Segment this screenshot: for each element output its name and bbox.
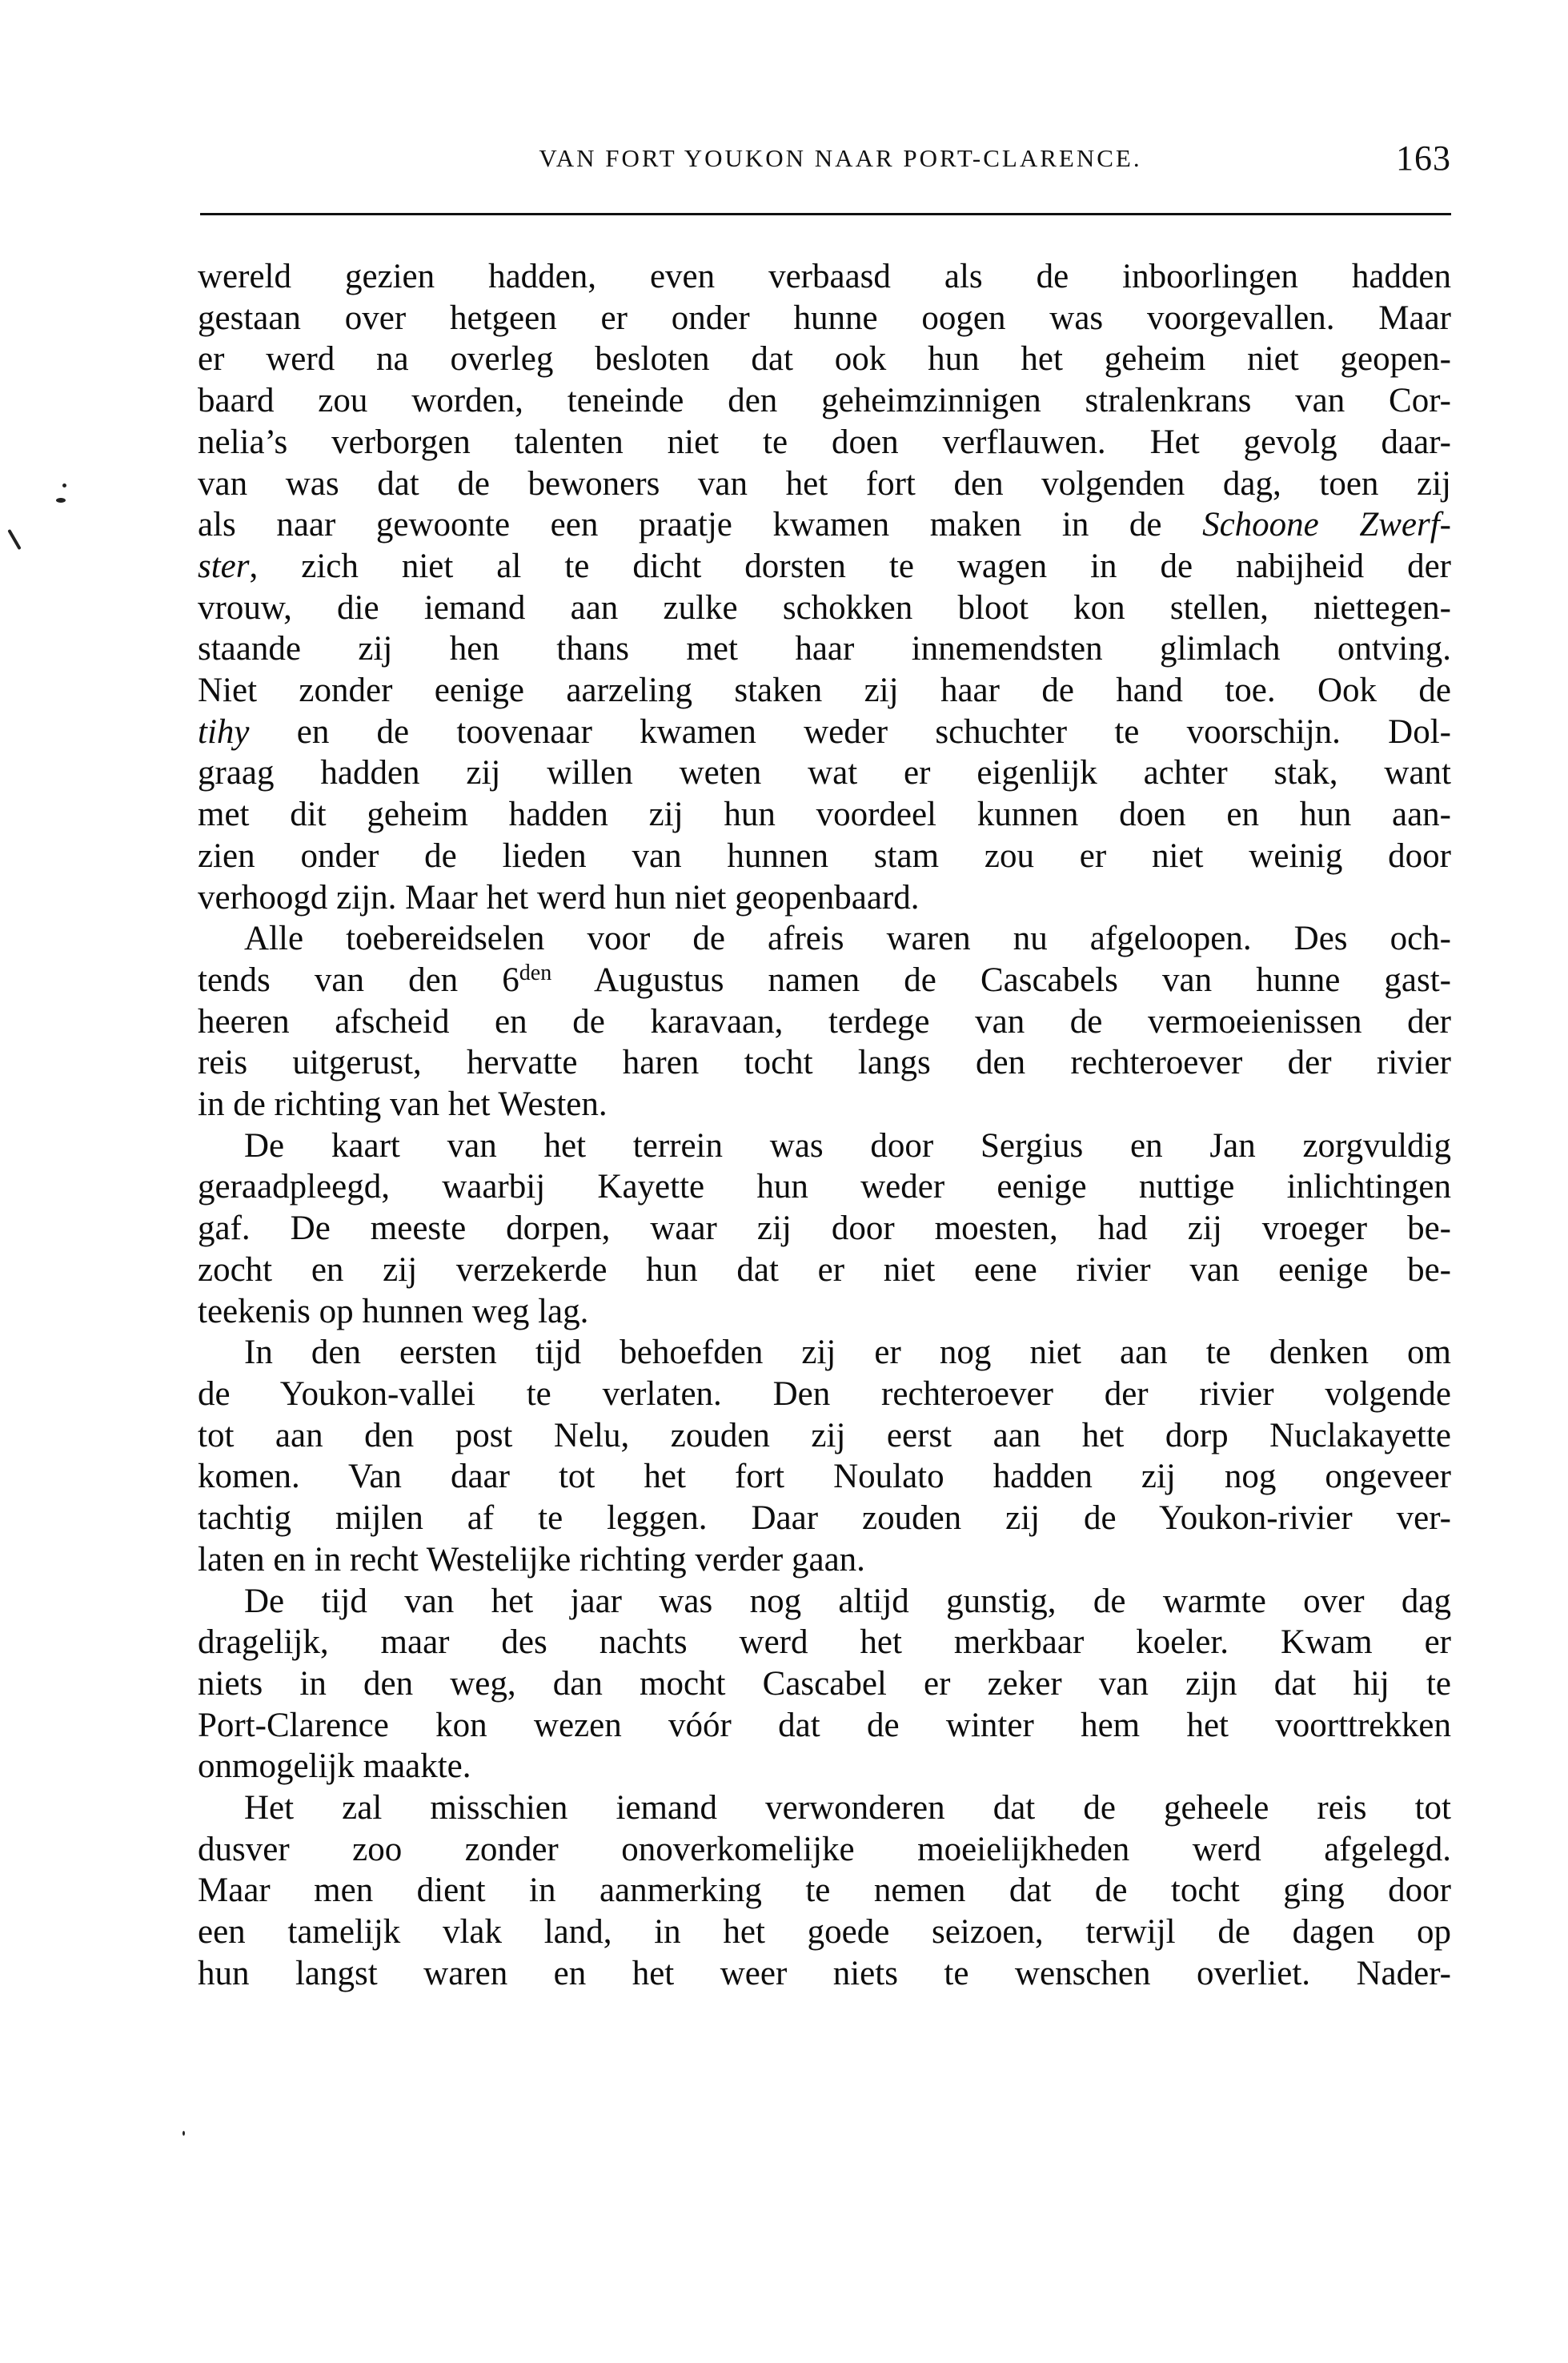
- text-line: In den eersten tijd behoefden zij er nog…: [198, 1332, 1451, 1374]
- text-line: staande zij hen thans met haar innemends…: [198, 628, 1451, 670]
- text-line: verhoogd zijn. Maar het werd hun niet ge…: [198, 877, 1451, 919]
- text-line: teekenis op hunnen weg lag.: [198, 1291, 1451, 1333]
- text-line: nelia’s verborgen talenten niet te doen …: [198, 422, 1451, 463]
- text-line: komen. Van daar tot het fort Noulato had…: [198, 1456, 1451, 1498]
- text-line: de Youkon-vallei te verlaten. Den rechte…: [198, 1374, 1451, 1415]
- body-text: wereld gezien hadden, even verbaasd als …: [198, 256, 1451, 1995]
- text-line: zien onder de lieden van hunnen stam zou…: [198, 836, 1451, 877]
- scan-speck: [7, 529, 21, 550]
- text-line: heeren afscheid en de karavaan, terdege …: [198, 1001, 1451, 1043]
- text-line: geraadpleegd, waarbij Kayette hun weder …: [198, 1166, 1451, 1208]
- running-title: VAN FORT YOUKON NAAR PORT-CLARENCE.: [198, 144, 1451, 173]
- text-line: laten en in recht Westelijke richting ve…: [198, 1539, 1451, 1581]
- text-line: dusver zoo zonder onoverkomelijke moeiel…: [198, 1829, 1451, 1871]
- text-line: zocht en zij verzekerde hun dat er niet …: [198, 1250, 1451, 1291]
- scan-speck: [56, 498, 66, 503]
- text-line: De kaart van het terrein was door Sergiu…: [198, 1125, 1451, 1167]
- scan-speck: [62, 483, 66, 487]
- text-line: met dit geheim hadden zij hun voordeel k…: [198, 794, 1451, 836]
- running-head: VAN FORT YOUKON NAAR PORT-CLARENCE. 163: [198, 138, 1451, 186]
- text-line: tends van den 6den Augustus namen de Cas…: [198, 960, 1451, 1001]
- text-line: Het zal misschien iemand verwonderen dat…: [198, 1787, 1451, 1829]
- paragraph: wereld gezien hadden, even verbaasd als …: [198, 256, 1451, 918]
- text-line: Port-Clarence kon wezen vóór dat de wint…: [198, 1705, 1451, 1747]
- header-rule: [200, 213, 1451, 215]
- paragraph: De tijd van het jaar was nog altijd guns…: [198, 1581, 1451, 1788]
- text-line: reis uitgerust, hervatte haren tocht lan…: [198, 1042, 1451, 1084]
- text-line: ster, zich niet al te dicht dorsten te w…: [198, 546, 1451, 588]
- paragraph: Alle toebereidselen voor de afreis waren…: [198, 918, 1451, 1125]
- text-line: gaf. De meeste dorpen, waar zij door moe…: [198, 1208, 1451, 1250]
- paragraph: In den eersten tijd behoefden zij er nog…: [198, 1332, 1451, 1580]
- text-line: onmogelijk maakte.: [198, 1746, 1451, 1787]
- text-line: gestaan over hetgeen er onder hunne ooge…: [198, 298, 1451, 339]
- book-page: VAN FORT YOUKON NAAR PORT-CLARENCE. 163 …: [0, 0, 1568, 2363]
- page-number: 163: [1396, 138, 1451, 179]
- text-line: in de richting van het Westen.: [198, 1084, 1451, 1125]
- text-line: wereld gezien hadden, even verbaasd als …: [198, 256, 1451, 298]
- text-line: graag hadden zij willen weten wat er eig…: [198, 752, 1451, 794]
- text-line: tot aan den post Nelu, zouden zij eerst …: [198, 1415, 1451, 1457]
- text-line: baard zou worden, teneinde den geheimzin…: [198, 380, 1451, 422]
- text-line: hun langst waren en het weer niets te we…: [198, 1953, 1451, 1995]
- text-line: een tamelijk vlak land, in het goede sei…: [198, 1912, 1451, 1953]
- paragraph: Het zal misschien iemand verwonderen dat…: [198, 1787, 1451, 1995]
- text-line: tihy en de toovenaar kwamen weder schuch…: [198, 712, 1451, 753]
- text-line: Niet zonder eenige aarzeling staken zij …: [198, 670, 1451, 712]
- text-line: tachtig mijlen af te leggen. Daar zouden…: [198, 1498, 1451, 1539]
- text-line: dragelijk, maar des nachts werd het merk…: [198, 1622, 1451, 1663]
- text-line: als naar gewoonte een praatje kwamen mak…: [198, 504, 1451, 546]
- text-line: De tijd van het jaar was nog altijd guns…: [198, 1581, 1451, 1623]
- paragraph: De kaart van het terrein was door Sergiu…: [198, 1125, 1451, 1333]
- text-line: van was dat de bewoners van het fort den…: [198, 463, 1451, 505]
- text-line: Maar men dient in aanmerking te nemen da…: [198, 1870, 1451, 1912]
- text-line: niets in den weg, dan mocht Cascabel er …: [198, 1663, 1451, 1705]
- text-line: er werd na overleg besloten dat ook hun …: [198, 339, 1451, 380]
- scan-speck: [182, 2131, 185, 2136]
- text-line: vrouw, die iemand aan zulke schokken blo…: [198, 588, 1451, 629]
- text-line: Alle toebereidselen voor de afreis waren…: [198, 918, 1451, 960]
